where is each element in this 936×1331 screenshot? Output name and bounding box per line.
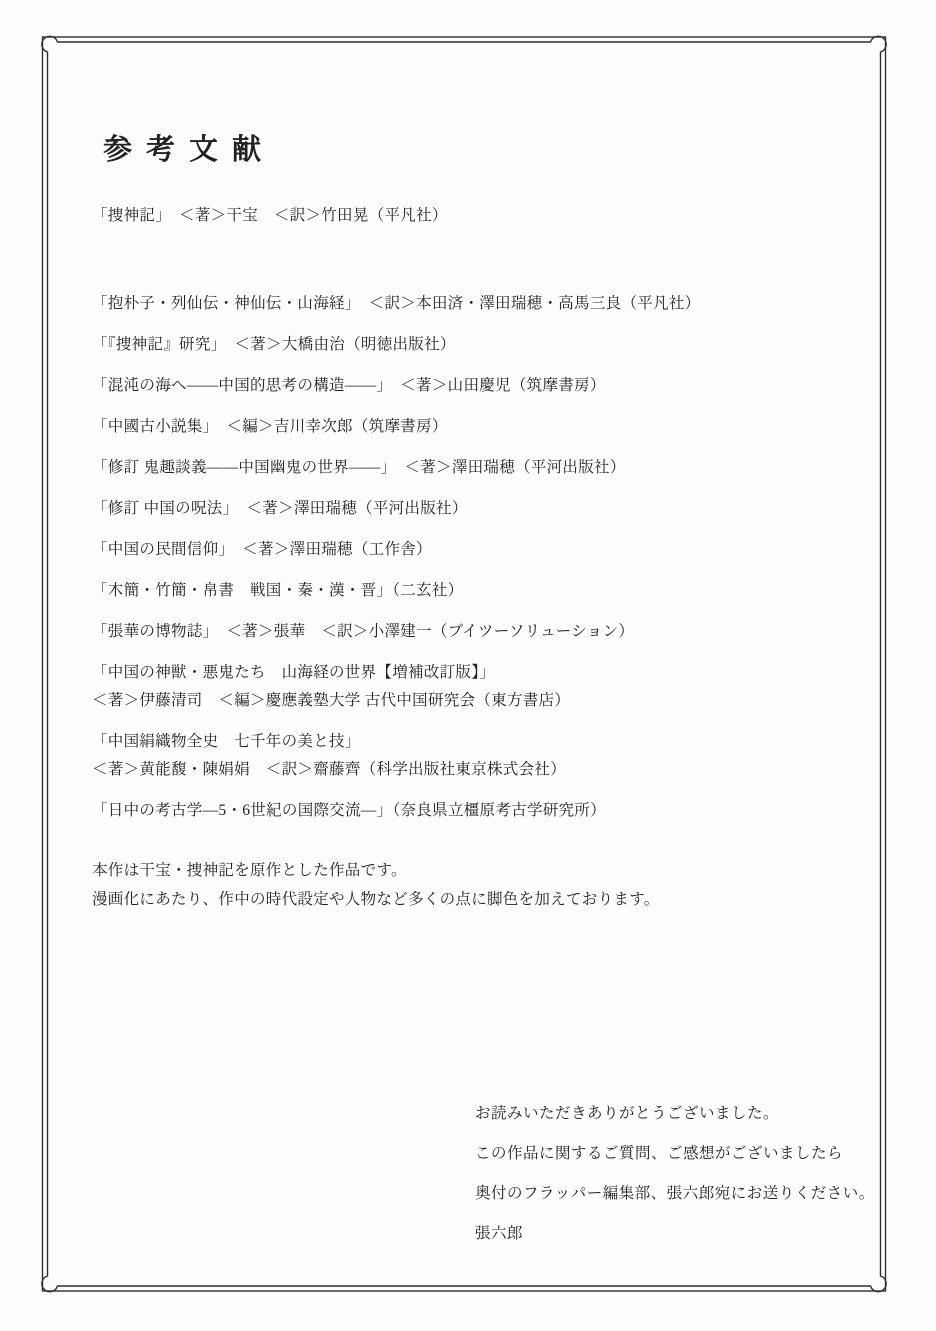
reference-line: 「混沌の海へ――中国的思考の構造――」 ＜著＞山田慶児（筑摩書房） [92,375,852,397]
reference-line: 「捜神記」 ＜著＞干宝 ＜訳＞竹田晃（平凡社） [92,205,852,227]
reference-line: 「『捜神記』研究」 ＜著＞大橋由治（明徳出版社） [92,334,852,356]
note-line: 本作は干宝・捜神記を原作とした作品です。 [92,856,660,885]
reference-line: ＜著＞黄能馥・陳娟娟 ＜訳＞齋藤齊（科学出版社東京株式会社） [92,759,852,781]
note-line: 漫画化にあたり、作中の時代設定や人物など多くの点に脚色を加えております。 [92,885,660,914]
reference-line: 「中国の民間信仰」 ＜著＞澤田瑞穂（工作舎） [92,539,852,561]
closing-line: お読みいただきありがとうございました。 [475,1103,875,1125]
closing-line: 奥付のフラッパー編集部、張六郎宛にお送りください。 [475,1183,875,1205]
adaptation-note: 本作は干宝・捜神記を原作とした作品です。 漫画化にあたり、作中の時代設定や人物な… [92,856,660,914]
closing-message: お読みいただきありがとうございました。 この作品に関するご質問、ご感想がございま… [475,1103,875,1263]
reference-list: 「捜神記」 ＜著＞干宝 ＜訳＞竹田晃（平凡社） 「抱朴子・列仙伝・神仙伝・山海経… [92,205,852,822]
reference-line: 「張華の博物誌」 ＜著＞張華 ＜訳＞小澤建一（ブイツーソリューション） [92,621,852,643]
reference-line: 「木簡・竹簡・帛書 戦国・秦・漢・晋」（二玄社） [92,580,852,602]
reference-line: 「抱朴子・列仙伝・神仙伝・山海経」 ＜訳＞本田済・澤田瑞穂・高馬三良（平凡社） [92,293,852,315]
reference-line: 「中国の神獣・悪鬼たち 山海経の世界【増補改訂版】」 [92,662,852,684]
closing-line: この作品に関するご質問、ご感想がございましたら [475,1143,875,1165]
reference-line: 「修訂 中国の呪法」 ＜著＞澤田瑞穂（平河出版社） [92,498,852,520]
reference-line: 「中國古小説集」 ＜編＞吉川幸次郎（筑摩書房） [92,416,852,438]
reference-line: 「日中の考古学―5・6世紀の国際交流―」（奈良県立橿原考古学研究所） [92,800,852,822]
author-signature: 張六郎 [475,1223,875,1245]
page-title: 参考文献 [103,135,275,167]
reference-line: 「修訂 鬼趣談義――中国幽鬼の世界――」 ＜著＞澤田瑞穂（平河出版社） [92,457,852,479]
reference-line: 「中国絹織物全史 七千年の美と技」 [92,731,852,753]
reference-line: ＜著＞伊藤清司 ＜編＞慶應義塾大学 古代中国研究会（東方書店） [92,690,852,712]
